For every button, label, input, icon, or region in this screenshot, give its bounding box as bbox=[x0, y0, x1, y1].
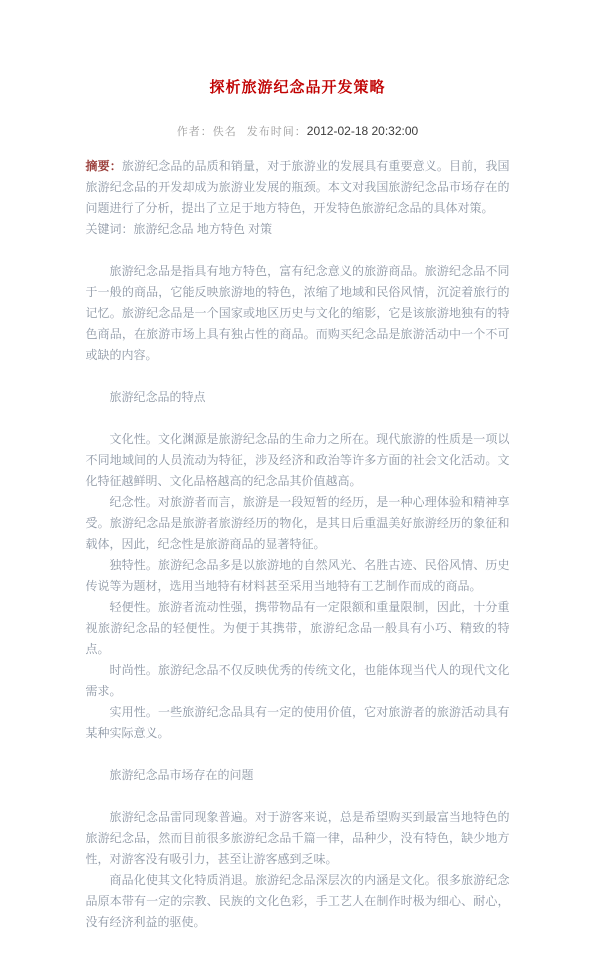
section-heading: 旅游纪念品市场存在的问题 bbox=[86, 765, 510, 786]
section-heading: 旅游纪念品的特点 bbox=[86, 387, 510, 408]
body-paragraph: 旅游纪念品是指具有地方特色，富有纪念意义的旅游商品。旅游纪念品不同于一般的商品，… bbox=[86, 261, 510, 366]
publish-time-value: 2012-02-18 20:32:00 bbox=[307, 124, 418, 138]
body-paragraph: 文化性。文化渊源是旅游纪念品的生命力之所在。现代旅游的性质是一项以不同地域间的人… bbox=[86, 429, 510, 492]
author-name: 佚名 bbox=[213, 126, 237, 138]
body-paragraph: 轻便性。旅游者流动性强，携带物品有一定限额和重量限制，因此，十分重视旅游纪念品的… bbox=[86, 597, 510, 660]
keywords-line: 关键词：旅游纪念品 地方特色 对策 bbox=[86, 219, 510, 240]
body-paragraph: 实用性。一些旅游纪念品具有一定的使用价值，它对旅游者的旅游活动具有某种实际意义。 bbox=[86, 702, 510, 744]
abstract-label: 摘要： bbox=[86, 159, 122, 173]
publish-time-label: 发布时间： bbox=[247, 126, 307, 138]
article-meta: 作者：佚名发布时间：2012-02-18 20:32:00 bbox=[86, 123, 510, 139]
keywords-label: 关键词： bbox=[86, 222, 134, 236]
body-paragraph: 旅游纪念品雷同现象普遍。对于游客来说，总是希望购买到最富当地特色的旅游纪念品，然… bbox=[86, 807, 510, 870]
body-paragraph: 纪念性。对旅游者而言，旅游是一段短暂的经历，是一种心理体验和精神享受。旅游纪念品… bbox=[86, 492, 510, 555]
abstract-paragraph: 摘要：旅游纪念品的品质和销量，对于旅游业的发展具有重要意义。目前，我国旅游纪念品… bbox=[86, 156, 510, 219]
article-page: 探析旅游纪念品开发策略 作者：佚名发布时间：2012-02-18 20:32:0… bbox=[86, 0, 510, 973]
keywords-text: 旅游纪念品 地方特色 对策 bbox=[134, 222, 273, 236]
article-title: 探析旅游纪念品开发策略 bbox=[86, 76, 510, 97]
body-paragraph: 商品化使其文化特质消退。旅游纪念品深层次的内涵是文化。很多旅游纪念品原本带有一定… bbox=[86, 870, 510, 933]
body-paragraph: 时尚性。旅游纪念品不仅反映优秀的传统文化，也能体现当代人的现代文化需求。 bbox=[86, 660, 510, 702]
article-body: 旅游纪念品是指具有地方特色，富有纪念意义的旅游商品。旅游纪念品不同于一般的商品，… bbox=[86, 261, 510, 933]
body-paragraph: 独特性。旅游纪念品多是以旅游地的自然风光、名胜古迹、民俗风情、历史传说等为题材，… bbox=[86, 555, 510, 597]
author-label: 作者： bbox=[177, 126, 213, 138]
abstract-text: 旅游纪念品的品质和销量，对于旅游业的发展具有重要意义。目前，我国旅游纪念品的开发… bbox=[86, 159, 510, 215]
